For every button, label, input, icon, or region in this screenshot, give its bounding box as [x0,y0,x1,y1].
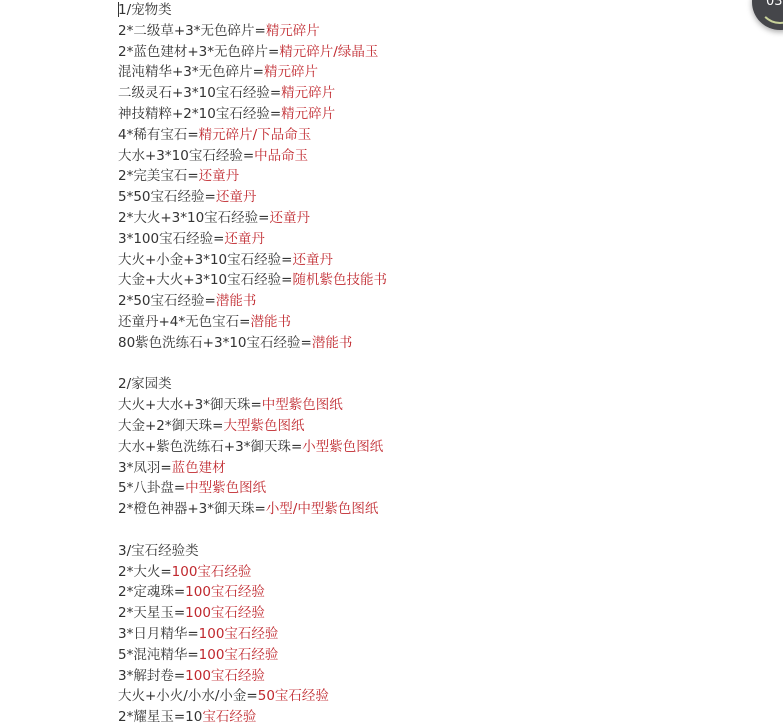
recipe-output: 100宝石经验 [172,564,252,580]
recipe-input: 2*蓝色建材+3*无色碎片= [118,44,279,60]
recipe-line: 2*大火+3*10宝石经验=还童丹 [118,208,387,229]
recipe-input: 2*大火= [118,564,172,580]
recipe-line: 2*天星玉=100宝石经验 [118,603,387,624]
recipe-output: 还童丹 [216,189,257,205]
recipe-output: 中型紫色图纸 [262,397,343,413]
recipe-line: 80紫色洗练石+3*10宝石经验=潜能书 [118,333,387,354]
recipe-input: 神技精粹+2*10宝石经验= [118,106,281,122]
recipe-output: 精元碎片 [281,106,335,122]
recipe-line: 2*二级草+3*无色碎片=精元碎片 [118,21,387,42]
recipe-output: 随机紫色技能书 [292,272,387,288]
recipe-output: 小型紫色图纸 [302,439,383,455]
section-title-pets: 1/宠物类 [118,0,387,21]
recipe-line: 2*大火=100宝石经验 [118,562,387,583]
recipe-line: 3*解封卷=100宝石经验 [118,666,387,687]
recipe-input: 80紫色洗练石+3*10宝石经验= [118,335,312,351]
recipe-input: 大水+3*10宝石经验= [118,148,254,164]
recipe-line: 大火+小火/小水/小金=50宝石经验 [118,686,387,707]
recipe-input: 二级灵石+3*10宝石经验= [118,85,281,101]
recipe-output: 100宝石经验 [185,668,265,684]
recipe-output: 潜能书 [250,314,291,330]
recipe-input: 混沌精华+3*无色碎片= [118,64,264,80]
recipe-input: 2*二级草+3*无色碎片= [118,23,266,39]
recipe-line: 2*50宝石经验=潜能书 [118,291,387,312]
recipe-line: 二级灵石+3*10宝石经验=精元碎片 [118,83,387,104]
section-title-home: 2/家园类 [118,374,387,395]
recipe-input: 2*橙色神器+3*御天珠= [118,501,266,517]
recipe-input: 2*天星玉= [118,605,185,621]
recipe-input: 3*解封卷= [118,668,185,684]
recipe-line: 2*橙色神器+3*御天珠=小型/中型紫色图纸 [118,499,387,520]
recipe-input: 5*八卦盘= [118,480,185,496]
recipe-line: 大金+2*御天珠=大型紫色图纸 [118,416,387,437]
recipe-input: 大水+紫色洗练石+3*御天珠= [118,439,302,455]
blank-line [118,520,387,541]
recipe-output: 精元碎片 [281,85,335,101]
recipe-output: 中型紫色图纸 [185,480,266,496]
recipe-output: 蓝色建材 [172,460,226,476]
recipe-output: 大型紫色图纸 [223,418,304,434]
recipe-line: 3*100宝石经验=还童丹 [118,229,387,250]
recipe-input: 4*稀有宝石= [118,127,199,143]
recipe-input: 5*混沌精华= [118,647,199,663]
recipe-line: 2*定魂珠=100宝石经验 [118,582,387,603]
recipe-line: 大水+3*10宝石经验=中品命玉 [118,146,387,167]
recipe-line: 大火+小金+3*10宝石经验=还童丹 [118,250,387,271]
recipe-input: 2*耀星玉=10 [118,709,202,725]
recipe-output: 宝石经验 [202,709,256,725]
recipe-line: 大火+大水+3*御天珠=中型紫色图纸 [118,395,387,416]
recipe-output: 潜能书 [216,293,257,309]
recipe-line: 3*凤羽=蓝色建材 [118,458,387,479]
recipe-input: 3*100宝石经验= [118,231,224,247]
recipe-line: 5*50宝石经验=还童丹 [118,187,387,208]
recipe-output: 100宝石经验 [185,605,265,621]
recipe-input: 3*凤羽= [118,460,172,476]
recipe-output: 潜能书 [312,335,353,351]
recipe-input: 还童丹+4*无色宝石= [118,314,250,330]
recipe-output: 50宝石经验 [258,688,329,704]
recipe-output: 100宝石经验 [199,647,279,663]
recipe-input: 大火+大水+3*御天珠= [118,397,262,413]
recipe-output: 还童丹 [224,231,265,247]
badge-label: 03 [766,0,783,9]
recipe-input: 大火+小火/小水/小金= [118,688,258,704]
recipe-output: 中品命玉 [254,148,308,164]
recipe-output: 100宝石经验 [185,584,265,600]
recipe-output: 小型/中型紫色图纸 [266,501,379,517]
recipe-output: 精元碎片/绿晶玉 [279,44,378,60]
recipe-line: 3*日月精华=100宝石经验 [118,624,387,645]
recipe-line: 大水+紫色洗练石+3*御天珠=小型紫色图纸 [118,437,387,458]
recipe-input: 3*日月精华= [118,626,199,642]
recipe-output: 还童丹 [292,252,333,268]
blank-line [118,354,387,375]
recipe-line: 5*混沌精华=100宝石经验 [118,645,387,666]
recipe-line: 大金+大火+3*10宝石经验=随机紫色技能书 [118,270,387,291]
recipe-line: 混沌精华+3*无色碎片=精元碎片 [118,62,387,83]
recipe-document: 1/宠物类 2*二级草+3*无色碎片=精元碎片 2*蓝色建材+3*无色碎片=精元… [118,0,387,726]
recipe-input: 大金+大火+3*10宝石经验= [118,272,292,288]
recipe-line: 5*八卦盘=中型紫色图纸 [118,478,387,499]
recipe-line: 还童丹+4*无色宝石=潜能书 [118,312,387,333]
recipe-line: 2*蓝色建材+3*无色碎片=精元碎片/绿晶玉 [118,42,387,63]
recipe-output: 100宝石经验 [199,626,279,642]
recipe-output: 精元碎片 [266,23,320,39]
recipe-input: 2*大火+3*10宝石经验= [118,210,269,226]
recipe-line: 2*耀星玉=10宝石经验 [118,707,387,726]
section-title-gem-exp: 3/宝石经验类 [118,541,387,562]
recipe-output: 还童丹 [269,210,310,226]
recipe-input: 大火+小金+3*10宝石经验= [118,252,292,268]
recipe-line: 2*完美宝石=还童丹 [118,166,387,187]
recipe-input: 大金+2*御天珠= [118,418,223,434]
recipe-output: 精元碎片/下品命玉 [199,127,312,143]
recipe-input: 2*完美宝石= [118,168,199,184]
recipe-line: 神技精粹+2*10宝石经验=精元碎片 [118,104,387,125]
recipe-input: 2*定魂珠= [118,584,185,600]
recipe-input: 5*50宝石经验= [118,189,216,205]
recipe-input: 2*50宝石经验= [118,293,216,309]
recipe-output: 精元碎片 [264,64,318,80]
page-number-badge: 03 [752,0,783,30]
recipe-line: 4*稀有宝石=精元碎片/下品命玉 [118,125,387,146]
recipe-output: 还童丹 [199,168,240,184]
